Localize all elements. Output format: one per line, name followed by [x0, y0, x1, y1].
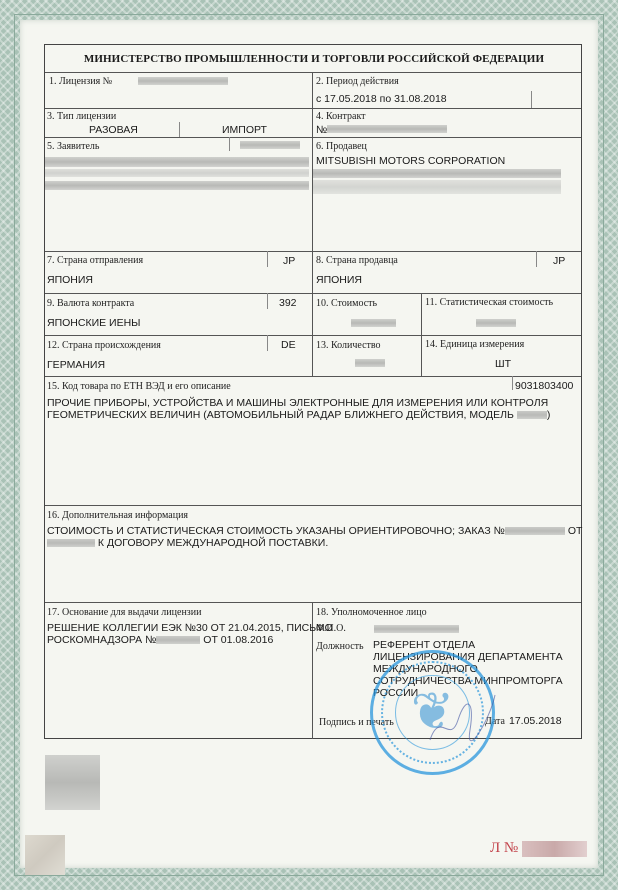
license-direction-value: ИМПОРТ [222, 124, 267, 136]
redacted-letter-number [156, 636, 200, 644]
redacted-applicant-code [240, 141, 300, 149]
dispatch-country-code: JP [283, 255, 295, 267]
redacted-serial [522, 841, 587, 857]
additional-info-line1: СТОИМОСТЬ И СТАТИСТИЧЕСКАЯ СТОИМОСТЬ УКА… [47, 525, 582, 537]
validity-period-value: с 17.05.2018 по 31.08.2018 [316, 93, 447, 105]
validity-period-label: 2. Период действия [316, 76, 399, 87]
commodity-description-line1: ПРОЧИЕ ПРИБОРЫ, УСТРОЙСТВА И МАШИНЫ ЭЛЕК… [47, 397, 548, 409]
redacted-contract-number [327, 125, 447, 133]
redacted-applicant-line [45, 169, 309, 177]
unit-value: ШТ [495, 358, 511, 370]
redacted-fio [374, 625, 459, 633]
signature-mark [420, 690, 500, 750]
currency-value: ЯПОНСКИЕ ИЕНЫ [47, 317, 140, 329]
origin-country-value: ГЕРМАНИЯ [47, 359, 105, 371]
commodity-code-value: 9031803400 [515, 380, 573, 392]
redacted-applicant-line [45, 157, 309, 167]
cost-label: 10. Стоимость [316, 298, 377, 309]
origin-country-label: 12. Страна происхождения [47, 340, 161, 351]
license-type-value: РАЗОВАЯ [89, 124, 138, 136]
applicant-label: 5. Заявитель [47, 141, 99, 152]
license-type-label: 3. Тип лицензии [47, 111, 116, 122]
redacted-barcode [45, 755, 100, 810]
redacted-applicant-line [45, 181, 309, 190]
quantity-label: 13. Количество [316, 340, 381, 351]
license-serial-number: Л № [490, 840, 587, 857]
redacted-seller-address [313, 169, 561, 178]
contract-label: 4. Контракт [316, 111, 366, 122]
seller-country-value: ЯПОНИЯ [316, 274, 362, 286]
additional-info-line2: К ДОГОВОРУ МЕЖДУНАРОДНОЙ ПОСТАВКИ. [47, 537, 328, 549]
position-label: Должность [316, 641, 364, 652]
seller-label: 6. Продавец [316, 141, 367, 152]
license-form: МИНИСТЕРСТВО ПРОМЫШЛЕННОСТИ И ТОРГОВЛИ Р… [44, 44, 582, 739]
license-number-label: 1. Лицензия № [49, 76, 112, 87]
redacted-order-date [47, 539, 95, 547]
fio-label: Ф.И.О. [316, 623, 346, 634]
commodity-code-label: 15. Код товара по ЕТН ВЭД и его описание [47, 381, 231, 392]
issuance-basis-line2: РОСКОМНАДЗОРА № ОТ 01.08.2016 [47, 634, 273, 646]
dispatch-country-label: 7. Страна отправления [47, 255, 143, 266]
hologram-mark [25, 835, 65, 875]
redacted-cost [351, 319, 396, 327]
redacted-seller-address [313, 180, 561, 194]
statistical-cost-label: 11. Статистическая стоимость [425, 297, 553, 308]
contract-number-prefix: № [316, 124, 327, 136]
redacted-license-number [138, 77, 228, 85]
date-value: 17.05.2018 [509, 715, 562, 727]
seller-country-code: JP [553, 255, 565, 267]
currency-code: 392 [279, 297, 297, 309]
redacted-order-number [505, 527, 565, 535]
unit-label: 14. Единица измерения [425, 339, 524, 350]
currency-label: 9. Валюта контракта [47, 298, 134, 309]
redacted-statistical-cost [476, 319, 516, 327]
issuance-basis-line1: РЕШЕНИЕ КОЛЛЕГИИ ЕЭК №30 ОТ 21.04.2015, … [47, 622, 333, 634]
seller-value: MITSUBISHI MOTORS CORPORATION [316, 155, 505, 167]
dispatch-country-value: ЯПОНИЯ [47, 274, 93, 286]
redacted-quantity [355, 359, 385, 367]
additional-info-label: 16. Дополнительная информация [47, 510, 188, 521]
ministry-title: МИНИСТЕРСТВО ПРОМЫШЛЕННОСТИ И ТОРГОВЛИ Р… [45, 53, 583, 65]
commodity-description-line2: ГЕОМЕТРИЧЕСКИХ ВЕЛИЧИН (АВТОМОБИЛЬНЫЙ РА… [47, 409, 550, 421]
redacted-model [517, 411, 547, 419]
issuance-basis-label: 17. Основание для выдачи лицензии [47, 607, 201, 618]
authorized-person-label: 18. Уполномоченное лицо [316, 607, 427, 618]
seller-country-label: 8. Страна продавца [316, 255, 398, 266]
origin-country-code: DE [281, 339, 296, 351]
